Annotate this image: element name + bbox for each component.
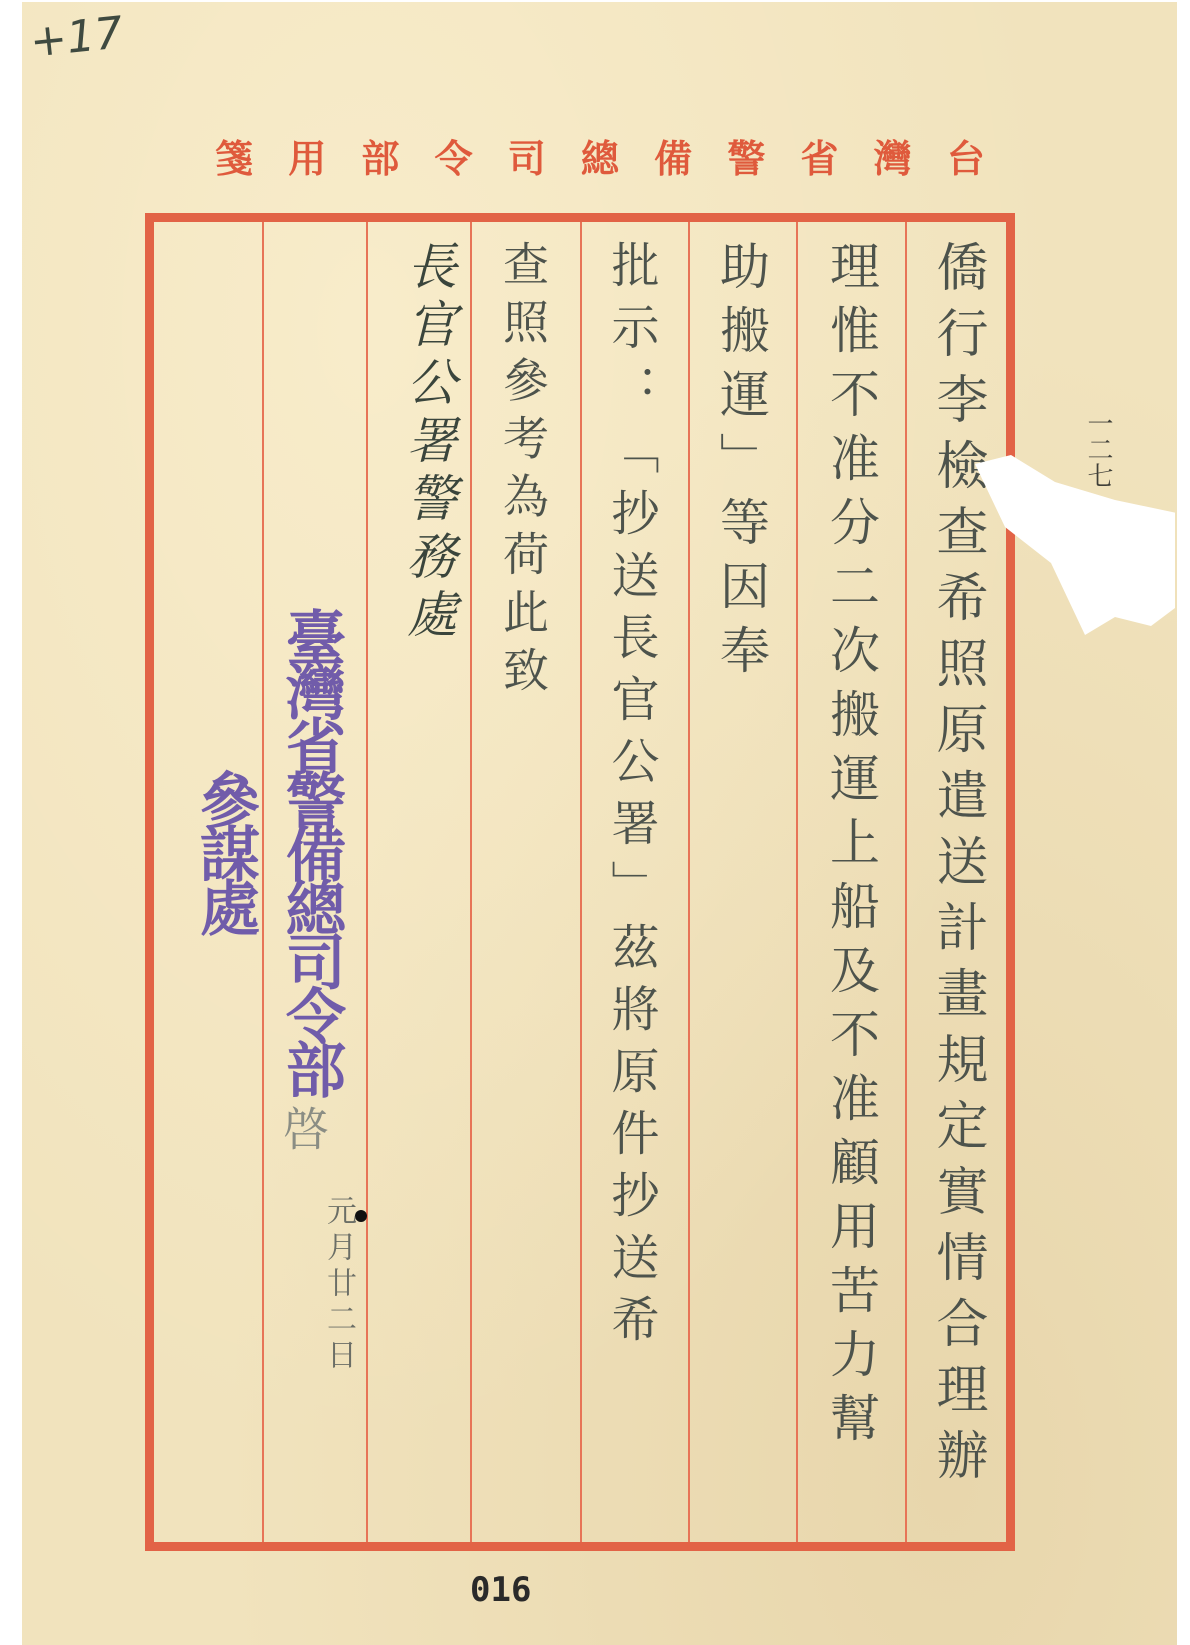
official-seal-stamp: 臺灣省警備總司令部參謀處 <box>268 590 354 1110</box>
column-rule <box>580 222 582 1542</box>
letterhead-char: 灣 <box>874 128 912 183</box>
letterhead-char: 用 <box>288 128 326 183</box>
letterhead-char: 箋 <box>215 128 253 183</box>
margin-note: 一二七 <box>1080 410 1117 488</box>
closing-word: 啓 <box>270 1105 336 1151</box>
document-date: 元月廿二日 <box>316 1195 360 1375</box>
letterhead-char: 台 <box>947 128 985 183</box>
column-rule <box>470 222 472 1542</box>
letterhead-char: 司 <box>508 128 546 183</box>
column-rule <box>905 222 907 1542</box>
corner-annotation: +17 <box>28 7 126 67</box>
page-number: 016 <box>470 1570 531 1610</box>
letterhead-char: 省 <box>801 128 839 183</box>
text-column-4: 批示：「抄送長官公署」茲將原件抄送希 <box>597 240 666 1356</box>
letterhead-title: 台 灣 省 警 備 總 司 令 部 用 箋 <box>215 128 985 183</box>
text-column-1: 僑行李檢查希照原遣送計畫規定實情合理辦 <box>920 240 995 1494</box>
letterhead-char: 令 <box>435 128 473 183</box>
text-column-5: 查照參考為荷此致 <box>490 240 556 704</box>
column-rule <box>796 222 798 1542</box>
letterhead-char: 總 <box>581 128 619 183</box>
letterhead-char: 部 <box>361 128 399 183</box>
column-rule <box>366 222 368 1542</box>
recipient-column: 長官公署警務處 <box>392 240 464 646</box>
text-column-2: 理惟不准分二次搬運上船及不准顧用苦力幫 <box>815 240 887 1456</box>
column-rule <box>688 222 690 1542</box>
letterhead-char: 備 <box>654 128 692 183</box>
letterhead-char: 警 <box>727 128 765 183</box>
text-column-3: 助搬運」等因奉 <box>705 240 777 688</box>
